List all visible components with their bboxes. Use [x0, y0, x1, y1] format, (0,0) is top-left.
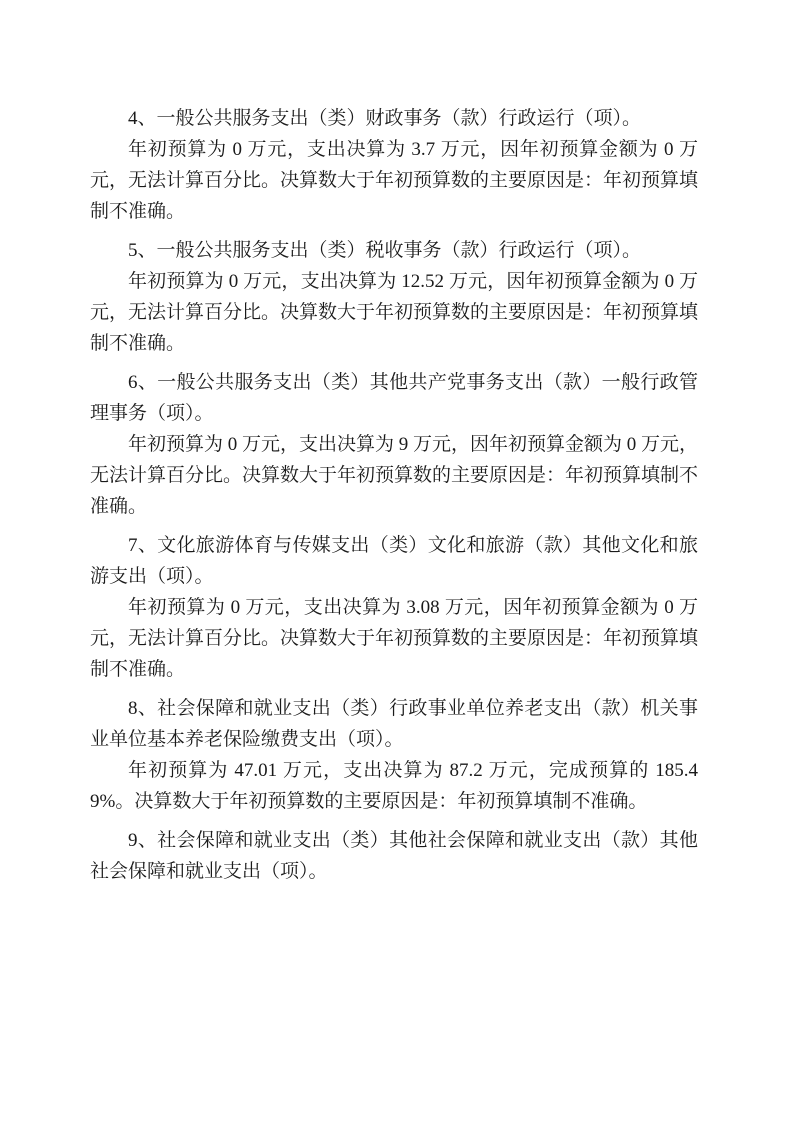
- section-body: 年初预算为 0 万元，支出决算为 9 万元，因年初预算金额为 0 万元，无法计算…: [90, 429, 698, 522]
- section-heading: 9、社会保障和就业支出（类）其他社会保障和就业支出（款）其他社会保障和就业支出（…: [90, 825, 698, 887]
- section-heading: 7、文化旅游体育与传媒支出（类）文化和旅游（款）其他文化和旅游支出（项）。: [90, 530, 698, 592]
- section-item: 9、社会保障和就业支出（类）其他社会保障和就业支出（款）其他社会保障和就业支出（…: [90, 825, 698, 887]
- section-body: 年初预算为 0 万元，支出决算为 12.52 万元，因年初预算金额为 0 万元，…: [90, 266, 698, 359]
- section-heading: 5、一般公共服务支出（类）税收事务（款）行政运行（项）。: [90, 235, 698, 266]
- section-heading: 6、一般公共服务支出（类）其他共产党事务支出（款）一般行政管理事务（项）。: [90, 367, 698, 429]
- section-item: 4、一般公共服务支出（类）财政事务（款）行政运行（项）。 年初预算为 0 万元，…: [90, 103, 698, 227]
- document-page: 4、一般公共服务支出（类）财政事务（款）行政运行（项）。 年初预算为 0 万元，…: [0, 0, 793, 1122]
- section-heading: 4、一般公共服务支出（类）财政事务（款）行政运行（项）。: [90, 103, 698, 134]
- section-body: 年初预算为 47.01 万元，支出决算为 87.2 万元，完成预算的 185.4…: [90, 755, 698, 817]
- section-body: 年初预算为 0 万元，支出决算为 3.7 万元，因年初预算金额为 0 万元，无法…: [90, 134, 698, 227]
- section-item: 8、社会保障和就业支出（类）行政事业单位养老支出（款）机关事业单位基本养老保险缴…: [90, 693, 698, 817]
- section-item: 7、文化旅游体育与传媒支出（类）文化和旅游（款）其他文化和旅游支出（项）。 年初…: [90, 530, 698, 685]
- section-body: 年初预算为 0 万元，支出决算为 3.08 万元，因年初预算金额为 0 万元，无…: [90, 592, 698, 685]
- section-item: 5、一般公共服务支出（类）税收事务（款）行政运行（项）。 年初预算为 0 万元，…: [90, 235, 698, 359]
- section-heading: 8、社会保障和就业支出（类）行政事业单位养老支出（款）机关事业单位基本养老保险缴…: [90, 693, 698, 755]
- section-item: 6、一般公共服务支出（类）其他共产党事务支出（款）一般行政管理事务（项）。 年初…: [90, 367, 698, 522]
